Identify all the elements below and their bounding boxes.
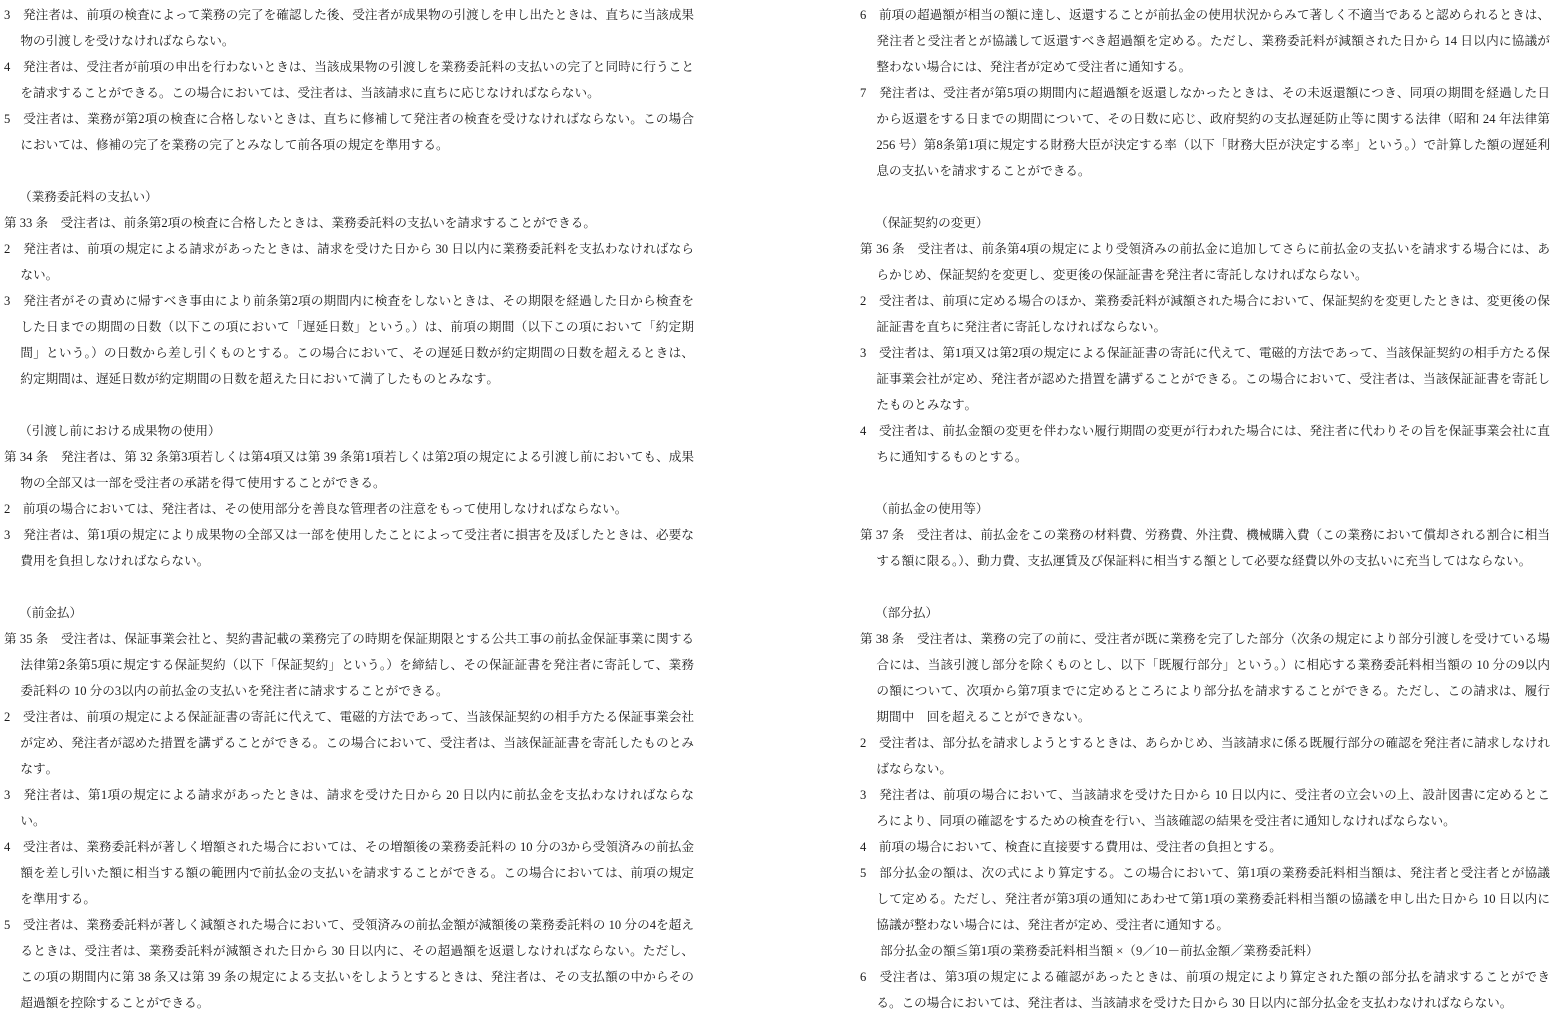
blank-line — [860, 184, 1550, 210]
blank-line — [4, 392, 694, 418]
clause-paragraph: 3 発注者は、第1項の規定により成果物の全部又は一部を使用したことによって受注者… — [4, 522, 694, 574]
clause-paragraph: 4 発注者は、受注者が前項の申出を行わないときは、当該成果物の引渡しを業務委託料… — [4, 54, 694, 106]
clause-paragraph: 4 前項の場合において、検査に直接要する費用は、受注者の負担とする。 — [860, 834, 1550, 860]
clause-paragraph: 2 発注者は、前項の規定による請求があったときは、請求を受けた日から 30 日以… — [4, 236, 694, 288]
clause-paragraph: 3 発注者は、前項の場合において、当該請求を受けた日から 10 日以内に、受注者… — [860, 782, 1550, 834]
right-column: 6 前項の超過額が相当の額に達し、返還することが前払金の使用状況からみて著しく不… — [860, 2, 1550, 1016]
clause-paragraph: 3 発注者は、前項の検査によって業務の完了を確認した後、受注者が成果物の引渡しを… — [4, 2, 694, 54]
clause-paragraph: 2 受注者は、前項の規定による保証証書の寄託に代えて、電磁的方法であって、当該保… — [4, 704, 694, 782]
clause-paragraph: 5 部分払金の額は、次の式により算定する。この場合において、第1項の業務委託料相… — [860, 860, 1550, 938]
clause-paragraph: 2 前項の場合においては、発注者は、その使用部分を善良な管理者の注意をもって使用… — [4, 496, 694, 522]
clause-paragraph: 第 35 条 受注者は、保証事業会社と、契約書記載の業務完了の時期を保証期限とす… — [4, 626, 694, 704]
blank-line — [4, 158, 694, 184]
clause-paragraph: 5 受注者は、業務委託料が著しく減額された場合において、受領済みの前払金額が減額… — [4, 912, 694, 1016]
clause-paragraph: 3 発注者は、第1項の規定による請求があったときは、請求を受けた日から 20 日… — [4, 782, 694, 834]
clause-paragraph: 3 発注者がその責めに帰すべき事由により前条第2項の期間内に検査をしないときは、… — [4, 288, 694, 392]
clause-paragraph: 6 受注者は、第3項の規定による確認があったときは、前項の規定により算定された額… — [860, 964, 1550, 1016]
blank-line — [860, 470, 1550, 496]
clause-paragraph: 6 前項の超過額が相当の額に達し、返還することが前払金の使用状況からみて著しく不… — [860, 2, 1550, 80]
clause-paragraph: 5 受注者は、業務が第2項の検査に合格しないときは、直ちに修補して発注者の検査を… — [4, 106, 694, 158]
section-heading: （保証契約の変更） — [860, 210, 1550, 236]
clause-paragraph: 第 38 条 受注者は、業務の完了の前に、受注者が既に業務を完了した部分（次条の… — [860, 626, 1550, 730]
clause-paragraph: 3 受注者は、第1項又は第2項の規定による保証証書の寄託に代えて、電磁的方法であ… — [860, 340, 1550, 418]
clause-paragraph: 4 受注者は、前払金額の変更を伴わない履行期間の変更が行われた場合には、発注者に… — [860, 418, 1550, 470]
section-heading: （前金払） — [4, 600, 694, 626]
blank-line — [860, 574, 1550, 600]
clause-paragraph: 7 発注者は、受注者が第5項の期間内に超過額を返還しなかったときは、その未返還額… — [860, 80, 1550, 184]
section-heading: （部分払） — [860, 600, 1550, 626]
clause-paragraph: 第 36 条 受注者は、前条第4項の規定により受領済みの前払金に追加してさらに前… — [860, 236, 1550, 288]
section-heading: （前払金の使用等） — [860, 496, 1550, 522]
formula-line: 部分払金の額≦第1項の業務委託料相当額 ×（9／10－前払金額／業務委託料） — [860, 938, 1550, 964]
blank-line — [4, 574, 694, 600]
clause-paragraph: 2 受注者は、部分払を請求しようとするときは、あらかじめ、当該請求に係る既履行部… — [860, 730, 1550, 782]
left-column: 3 発注者は、前項の検査によって業務の完了を確認した後、受注者が成果物の引渡しを… — [4, 2, 694, 1016]
section-heading: （引渡し前における成果物の使用） — [4, 418, 694, 444]
section-heading: （業務委託料の支払い） — [4, 184, 694, 210]
clause-paragraph: 第 33 条 受注者は、前条第2項の検査に合格したときは、業務委託料の支払いを請… — [4, 210, 694, 236]
clause-paragraph: 第 37 条 受注者は、前払金をこの業務の材料費、労務費、外注費、機械購入費（こ… — [860, 522, 1550, 574]
clause-paragraph: 4 受注者は、業務委託料が著しく増額された場合においては、その増額後の業務委託料… — [4, 834, 694, 912]
document-page: 3 発注者は、前項の検査によって業務の完了を確認した後、受注者が成果物の引渡しを… — [0, 0, 1551, 1016]
clause-paragraph: 2 受注者は、前項に定める場合のほか、業務委託料が減額された場合において、保証契… — [860, 288, 1550, 340]
clause-paragraph: 第 34 条 発注者は、第 32 条第3項若しくは第4項又は第 39 条第1項若… — [4, 444, 694, 496]
